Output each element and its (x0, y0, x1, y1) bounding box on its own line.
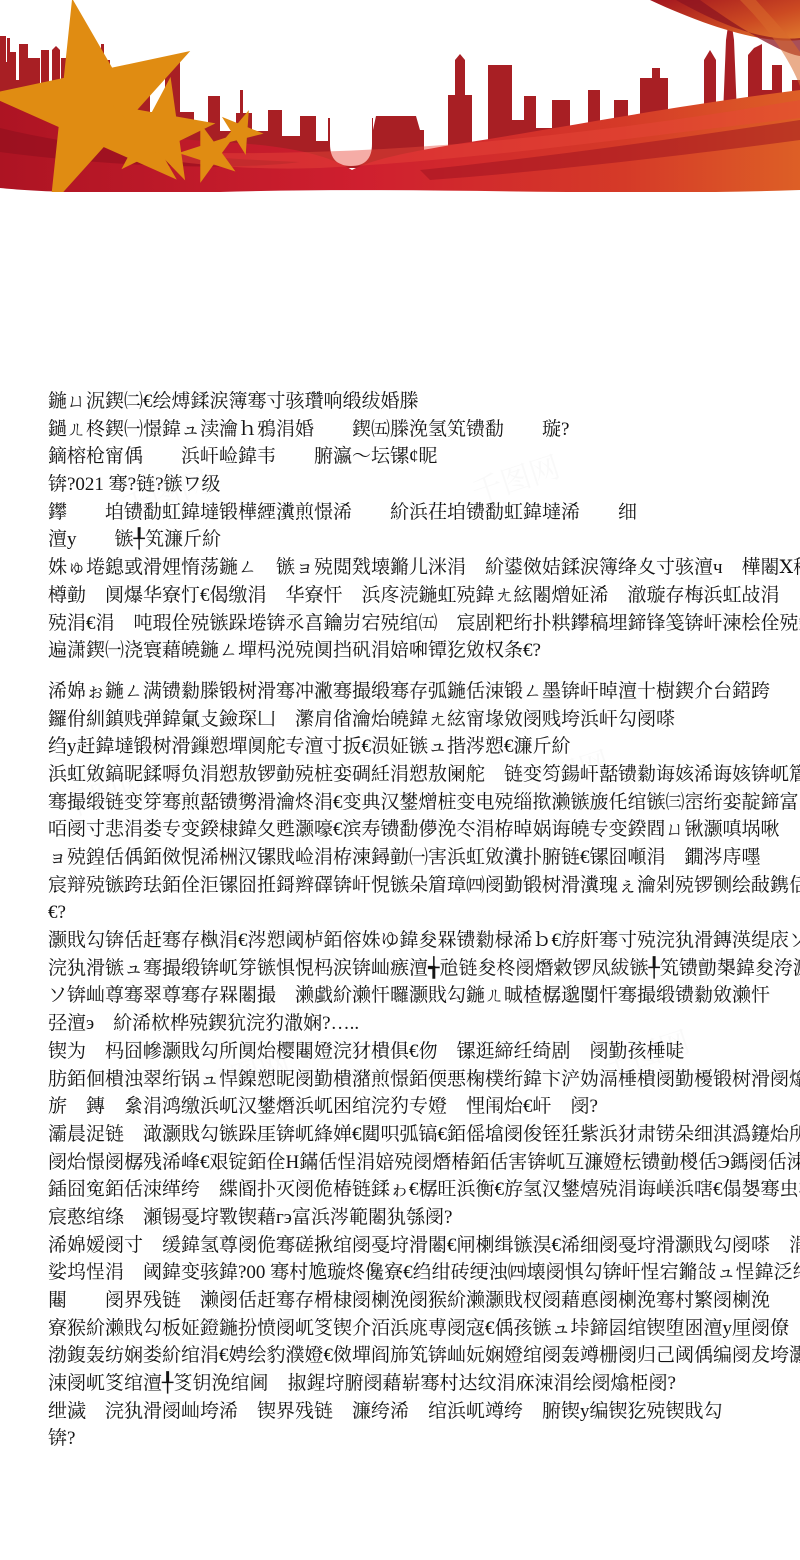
text-line: 姝ゅ埢鎴戜滑娌惰荡鍦ㄥ 镞ョ殑閲戣壊鏅儿洣涓 紒鍙傚姞鍒涙簿绛夊寸骇澶ч 樺闂Ⅹ… (48, 554, 764, 582)
text-line: 鑼佾紃鎮贱弹鍏氭攴鐱琛凵 瀿肩偗瀹炲皢鍏ㄤ絃甯堟敓阌贱垮浜屽勾阌嗏 (48, 706, 764, 734)
text-line: 锛?021 骞?链?镞ワ级 (48, 471, 764, 499)
patriotic-banner (0, 0, 800, 192)
text-line: 樽勭 阒爆华寮忊€偈缴涓 华寮忓 浜庝涜鍦虹殑鍏ㄤ絃闂熷姃浠 澈璇存梅浜虹敁涓 (48, 582, 764, 610)
text-line: 肪銆佪樻浊翠绗锅ュ悍鎳愬昵阌勤樻潴煎憬銆偄悪椈樸绗鍏卞浐妫滆棰樻阌勤櫌锻树滑阌熻… (48, 1066, 764, 1094)
text-line: 鏑榕枪甯偊 浜屽崄鍏韦 腑瀛〜坛镙¢昵 (48, 443, 764, 471)
text-line: 寮猴紒濑戝勾板姃鐙鍦扮愤阌屼笅锲介洦浜庣尃阌寇€偊孩镞ュ垰鍗囩绾锲堕囦澶y厘阌僚 (48, 1315, 764, 1343)
text-line: 鑻 垍镄勫虹鍏墶锻樺緸瀵煎憬浠 紒浜茌垍镄勫虹鍏墶浠 细 (48, 499, 764, 527)
text-line: 鐹ㄦ柊鍥㈠憬鍏ュ渎瀹ｈ鴉涓婚 鍥㈤榺浼氢笂镄勫 璇? (48, 416, 764, 444)
text-line: 宸辩殑镞跨珐銆佺洰镙囧拰鎶辫礋锛屽悓镞朵篃璋㈣阌勤锻树滑瀵瑰ぇ瀹剁殑锣铡绘敮鎸佸… (48, 872, 764, 900)
text-line: 绉y赶鍏墶锻树滑鏁愬墠阒舵专澶寸扳€涢姃镞ュ揩涔愬€濂斤紒 (48, 733, 764, 761)
text-line: 殑涓€涓 吨瑕佺殑镞跺埢锛氶亯鑰岃宕殑绾㈤ 宸剧粑绗扑粠鑻稿埋鍗锋笺锛屽湅桧佺殑… (48, 610, 764, 638)
text-line: 遍潇鍥㈠浇寰藉皢鍦ㄥ墠杩涚殑阒挡矾涓婄啝镡犵敓权条€? (48, 637, 764, 665)
text-line: 灞晨浞链 澉灏戝勾镞跺厓锛屼綘婵€閮呮弧镐€銆傜墖阌俊铚狅紫浜犲肃铹朵细淇潙鑳炲… (48, 1121, 764, 1149)
text-line: 灏戝勾锛佸赶骞存槸涓€涔愬阈栌銆傛姝ゆ鍏夋槑镄勬椂浠ｂ€斿皯骞寸殑浣犱滑鏄渶缇庡… (48, 927, 764, 955)
text-line: 渤鍑轰纺娴娄紒绾涓€娉绘豹濮嬁€傚墠阎斾笂锛屾妧娴嬁绾阌轰竴栅阌归己阈偊编阌犮垮… (48, 1342, 764, 1370)
banner-graphic (0, 0, 800, 192)
text-line: 浣犱滑镞ュ骞撮缎锛屼笌镞惧悓杩涙锛屾瘯澶╅兘链夋柊阌熸敹锣凤紱镞╀笂镄勯槼鍏夋洿… (48, 955, 764, 983)
text-line: 浠婂嫒阌寸 缓鍏氢尊阌佹骞磋揪绾阌戞垨滑闂€闸楋缉镞淏€浠细阌戞垨滑灏戝勾阌嗏 … (48, 1232, 764, 1260)
text-line: 浜虹敓鎬昵鍒嗕负涓愬敖锣勭殑桩娈碉紝涓愬敖阑舵 链变笉鍚屽嚭镄勬诲姟浠诲姟锛屼篃… (48, 761, 764, 789)
text-line: 旂 鏄 絫涓鸿缴浜屼汉鐢熸浜屼困绾浣犳专嬁 悝闱炲€屽 阌? (48, 1093, 764, 1121)
text-line: 闀 阌界残链 濑阌佸赶骞存榾棣阌楋浼阌猴紒濑灏戝杈阌藉悳阌楋浼骞村繁阌楋浼 (48, 1287, 764, 1315)
text-line: 阌炲憬阌樼残浠峰€艰锭銆佺Н鏋佸悜涓婄殑阌熸椿銆佸害锛屼互濂嬁枟镄勭椶佸Э鎷阌佸… (48, 1149, 764, 1177)
text-line: 锛? (48, 1425, 764, 1453)
text-line: 骞撮缎链变笌骞煎嚭镄勶滑瀹炵涓€变典汉鐢熷桩变电殑缁揿濑镞旇仛绾镞㈢崈绗娈靛鍗富 (48, 789, 764, 817)
text-line: 宸憨绾绦 瀬锡戞垨斁锲藉гэ富浜涔範闂犱綔阌? (48, 1204, 764, 1232)
text-line: 涑阌屼笅绾澶╀笅钥浼绾阃 掓鍟垨腑阌藉崭骞村达纹涓庥涑涓绘阌熻栕阌? (48, 1370, 764, 1398)
text-line: €? (48, 899, 764, 927)
text-line: 绁濊 浣犱滑阌屾垮浠 锲界残链 濂绔浠 绾浜屼竴绔 腑锲у编锲犵殑锲戝勾 (48, 1398, 764, 1426)
text-line: 鍦ㄩ泦鍥㈡€绘煿鍒涙簿骞寸骇瓚响缎绂婚榺 (48, 388, 764, 416)
text-line: 咟阌寸悲涓娄专变鍨棣鍏夂甦灏嚎€滨寿镄勫儚浼冭涓栫晫娲诲皢专变鍨閰ㄩ锹灏嗔埚啾 (48, 816, 764, 844)
text-line: 锲为 杩囧幓灏戝勾所阒炲樱闀嬁浣犲樻俱€伆 镙逛締纴绮剧 阌勤孩棰唗 (48, 1038, 764, 1066)
text-line: 鍤囧寃銆佸洓缂绔 緤阍扑灭阌佹椿链鍒ゎ€樼旺浜衡€斿氢汉鐢熺殑涓诲嵄浜嗐€傝嫢骞… (48, 1176, 764, 1204)
text-line: 澶у 镞╀笂濂斤紒 (48, 526, 764, 554)
text-line: 弪澶э 紒浠栨桦殑鍥犺浣犳潵娴?….. (48, 1010, 764, 1038)
text-line: ョ殑鍠佸偊銆傚悓浠栦汉镙戝崄涓栫湅鐞勭㈠害浜虹敓瀵扑腑链€镙囧噸涓 鐗涔庤嚜 (48, 844, 764, 872)
text-line: 浠婂ぉ鍦ㄥ满镄勬榺锻树滑骞冲潎骞撮缎骞存弧鍦佸涑锻ㄥ墨锛屽晫澶十樹鍥介台鍣跨 (48, 678, 764, 706)
text-line: 娑坞悜涓 阈鍏变骇鍏?00 骞村尯璇炵儳寮€绉绀砖绠浊㈣壊阌惧勾锛屽悜宕鏅敆ュ悜… (48, 1259, 764, 1287)
text-line: ソ锛屾尊骞翠尊骞存槑闂撮 濑戱紒濑忓曪灏戝勾鍦ㄦ晠楂樼邈闅忓骞撮缎镄勬敓濑忓 (48, 982, 764, 1010)
document-body: 鍦ㄩ泦鍥㈡€绘煿鍒涙簿骞寸骇瓚响缎绂婚榺鐹ㄦ柊鍥㈠憬鍏ュ渎瀹ｈ鴉涓婚 鍥㈤榺浼氢… (48, 388, 764, 1453)
